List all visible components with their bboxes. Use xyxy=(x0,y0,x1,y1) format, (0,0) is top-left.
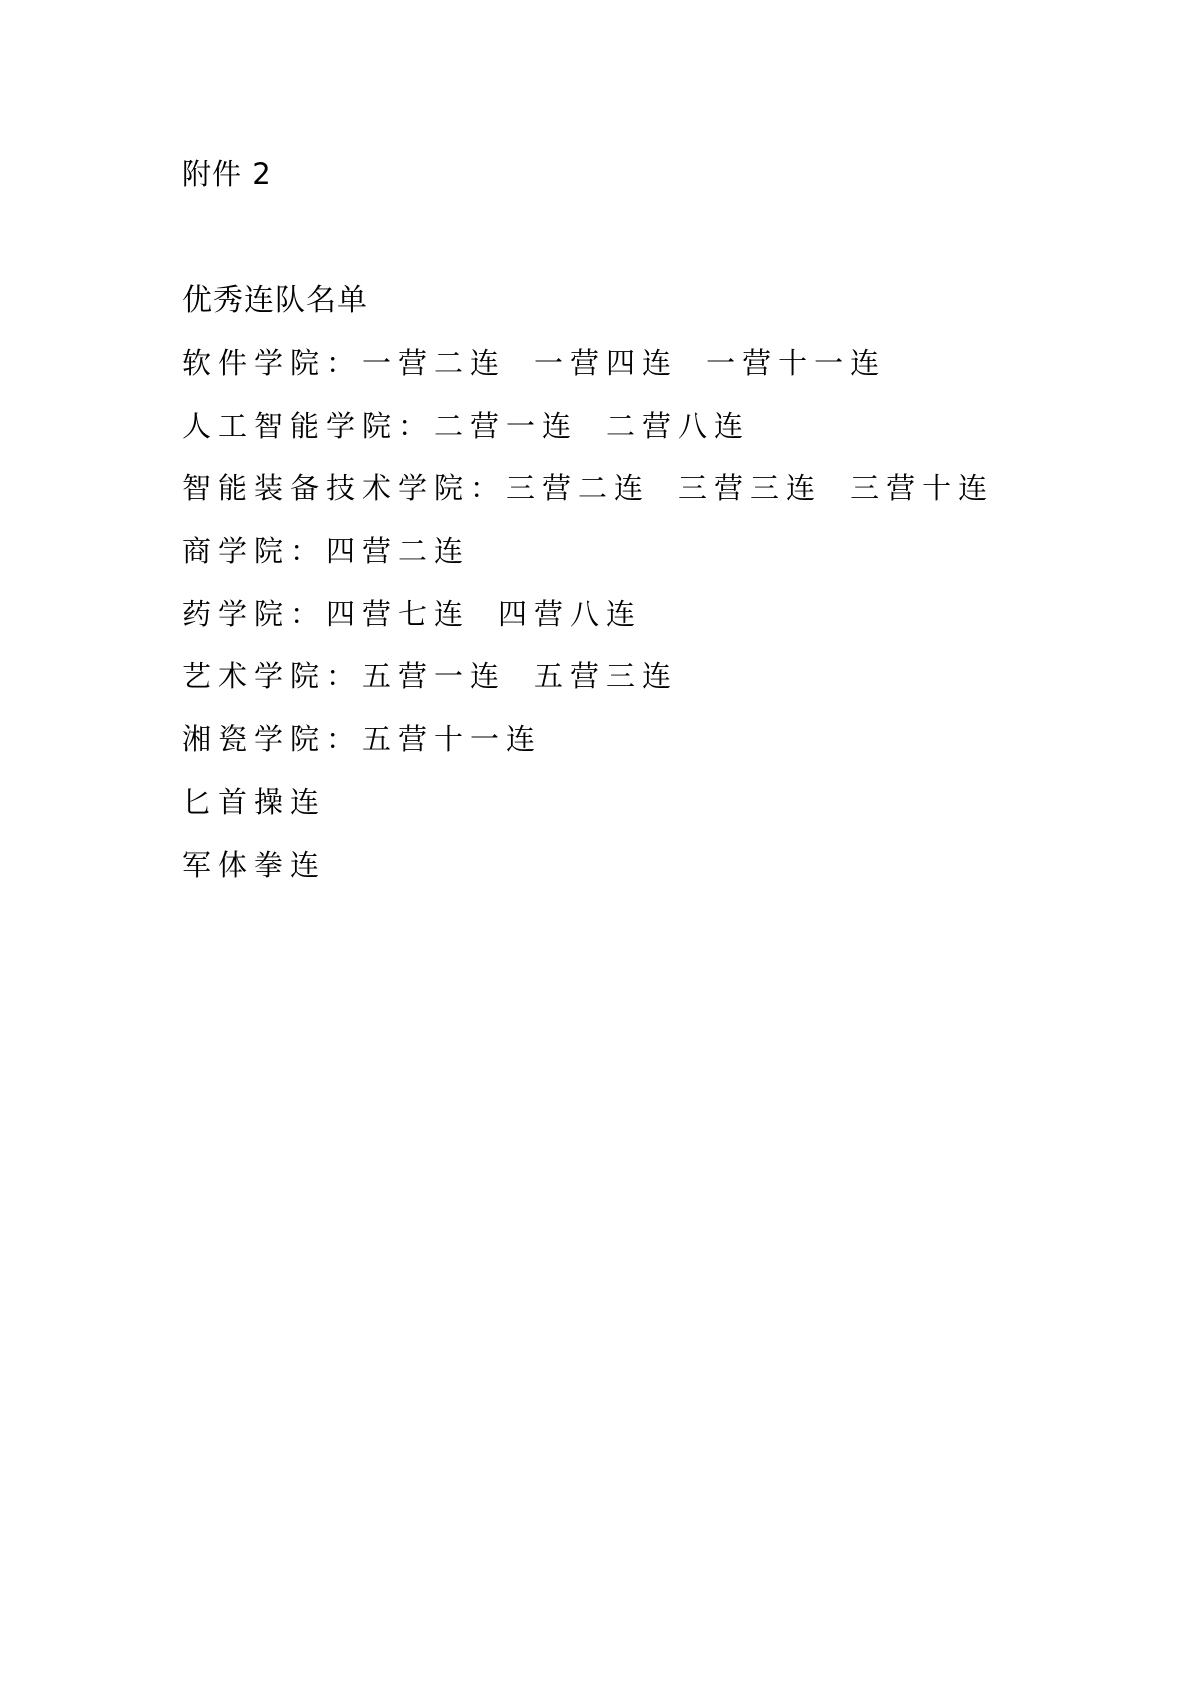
company-name: 二营一连 xyxy=(434,409,578,443)
company-name: 一营四连 xyxy=(534,346,678,380)
list-item-military-boxing: 军体拳连 xyxy=(182,846,994,909)
company-name: 一营十一连 xyxy=(706,346,886,380)
list-item-intelligent-equipment: 智能装备技术学院：三营二连三营三连三营十连 xyxy=(182,469,994,532)
list-title: 优秀连队名单 xyxy=(182,282,368,320)
college-name: 湘瓷学院 xyxy=(182,722,326,756)
company-list: 软件学院：一营二连一营四连一营十一连 人工智能学院：二营一连二营八连 智能装备技… xyxy=(182,344,994,908)
colon: ： xyxy=(290,597,326,631)
college-name: 软件学院 xyxy=(182,346,326,380)
company-name: 四营七连 xyxy=(326,597,470,631)
company-name: 一营二连 xyxy=(362,346,506,380)
colon: ： xyxy=(398,409,434,443)
list-item-business: 商学院：四营二连 xyxy=(182,532,994,595)
company-name: 四营八连 xyxy=(498,597,642,631)
list-item-dagger-drill: 匕首操连 xyxy=(182,783,994,846)
college-name: 药学院 xyxy=(182,597,290,631)
special-company-name: 军体拳连 xyxy=(182,848,326,882)
document-page: 附件 2 优秀连队名单 软件学院：一营二连一营四连一营十一连 人工智能学院：二营… xyxy=(0,0,1191,1684)
company-name: 五营一连 xyxy=(362,659,506,693)
company-name: 五营三连 xyxy=(534,659,678,693)
company-name: 三营十连 xyxy=(850,471,994,505)
colon: ： xyxy=(326,346,362,380)
company-name: 三营三连 xyxy=(678,471,822,505)
colon: ： xyxy=(470,471,506,505)
college-name: 商学院 xyxy=(182,534,290,568)
list-item-xiangci: 湘瓷学院：五营十一连 xyxy=(182,720,994,783)
company-name: 四营二连 xyxy=(326,534,470,568)
special-company-name: 匕首操连 xyxy=(182,785,326,819)
college-name: 智能装备技术学院 xyxy=(182,471,470,505)
company-name: 五营十一连 xyxy=(362,722,542,756)
list-item-software: 软件学院：一营二连一营四连一营十一连 xyxy=(182,344,994,407)
colon: ： xyxy=(326,722,362,756)
list-item-art: 艺术学院：五营一连五营三连 xyxy=(182,657,994,720)
colon: ： xyxy=(326,659,362,693)
company-name: 二营八连 xyxy=(606,409,750,443)
colon: ： xyxy=(290,534,326,568)
college-name: 人工智能学院 xyxy=(182,409,398,443)
attachment-label: 附件 2 xyxy=(182,156,272,192)
list-item-pharmacy: 药学院：四营七连四营八连 xyxy=(182,595,994,658)
company-name: 三营二连 xyxy=(506,471,650,505)
college-name: 艺术学院 xyxy=(182,659,326,693)
list-item-ai: 人工智能学院：二营一连二营八连 xyxy=(182,407,994,470)
